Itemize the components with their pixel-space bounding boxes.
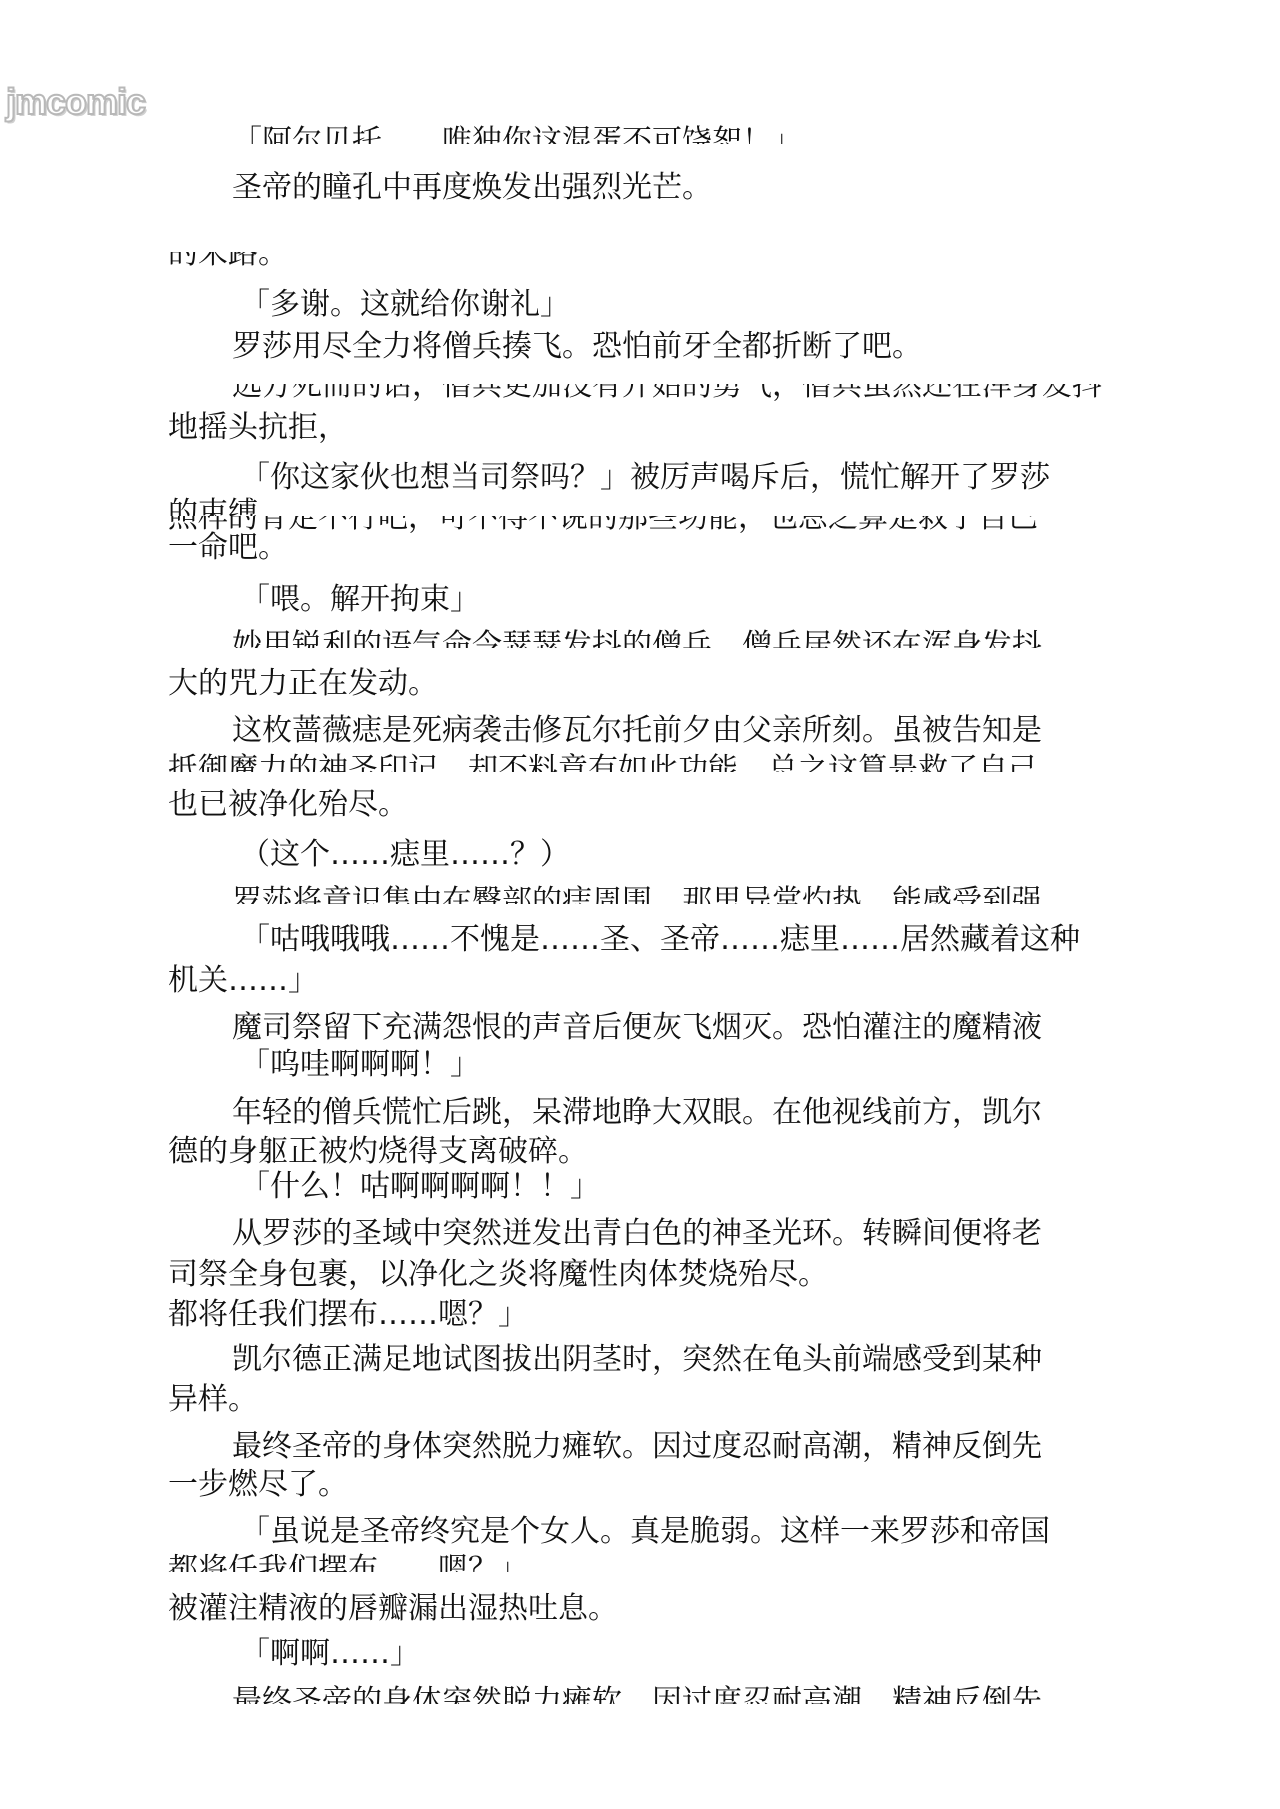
text-line: 从罗莎的圣域中突然迸发出青白色的神圣光环。转瞬间便将老 xyxy=(232,1216,1042,1252)
text-line: 凯尔德正满足地试图拔出阴茎时，突然在龟头前端感受到某种 xyxy=(232,1342,1042,1378)
text-line: 「什么！咕啊啊啊啊！！」 xyxy=(240,1169,600,1205)
line-text: 年轻的僧兵慌忙后跳，呆滞地睁大双眼。在他视线前方，凯尔 xyxy=(232,1095,1042,1130)
line-text: 大的咒力正在发动。 xyxy=(168,666,438,701)
line-text: 的末路。 xyxy=(168,252,1118,272)
line-text: （这个……痣里……？） xyxy=(240,837,570,872)
text-line: 「你这家伙也想当司祭吗？」被厉声喝斥后，慌忙解开了罗莎 xyxy=(240,460,1050,496)
clipped-text-line: 的末路。 xyxy=(168,252,1118,272)
clipped-text-line: 的束缚 xyxy=(168,496,1118,516)
text-line: 「咕哦哦哦……不愧是……圣、圣帝……痣里……居然藏着这种 xyxy=(240,922,1080,958)
text-line: 一命吧。 xyxy=(168,530,288,566)
line-text: 圣帝的瞳孔中再度焕发出强烈光芒。 xyxy=(232,170,712,205)
text-line: 都将任我们摆布……嗯？」 xyxy=(168,1297,528,1333)
line-text: 「喂。解开拘束」 xyxy=(240,582,480,617)
text-line: 魔司祭留下充满怨恨的声音后便灰飞烟灭。恐怕灌注的魔精液 xyxy=(232,1010,1042,1046)
line-text: 「啊啊……」 xyxy=(240,1636,420,1671)
text-line: （这个……痣里……？） xyxy=(240,837,570,873)
text-line: 年轻的僧兵慌忙后跳，呆滞地睁大双眼。在他视线前方，凯尔 xyxy=(232,1095,1042,1131)
line-text: 一命吧。 xyxy=(168,530,288,565)
text-line: 罗莎用尽全力将僧兵揍飞。恐怕前牙全都折断了吧。 xyxy=(232,329,922,365)
line-text: 「呜哇啊啊啊！」 xyxy=(240,1047,480,1082)
line-text: 凯尔德正满足地试图拔出阴茎时，突然在龟头前端感受到某种 xyxy=(232,1342,1042,1377)
text-line: 「呜哇啊啊啊！」 xyxy=(240,1047,480,1083)
clipped-text-line: 抵御魔力的神圣印记，却不料竟有如此功能。总之这算是救了自己 xyxy=(168,752,1118,772)
text-line: 被灌注精液的唇瓣漏出湿热吐息。 xyxy=(168,1591,618,1627)
line-text: 这枚蔷薇痣是死病袭击修瓦尔托前夕由父亲所刻。虽被告知是 xyxy=(232,713,1042,748)
text-line: 德的身躯正被灼烧得支离破碎。 xyxy=(168,1134,588,1170)
text-line: 最终圣帝的身体突然脱力瘫软。因过度忍耐高潮，精神反倒先 xyxy=(232,1429,1042,1465)
clipped-text-line: 最终圣帝的身体突然脱力瘫软。因过度忍耐高潮，精神反倒先 xyxy=(232,1684,1182,1704)
line-text: 司祭全身包裹，以净化之炎将魔性肉体焚烧殆尽。 xyxy=(168,1257,828,1292)
line-text: 地摇头抗拒， xyxy=(168,410,348,445)
clipped-text-line: 妙用锐利的语气命令瑟瑟发抖的僧兵。僧兵居然还在浑身发抖 xyxy=(232,628,1182,648)
text-line: 圣帝的瞳孔中再度焕发出强烈光芒。 xyxy=(232,170,712,206)
text-line: 司祭全身包裹，以净化之炎将魔性肉体焚烧殆尽。 xyxy=(168,1257,828,1293)
text-line: 地摇头抗拒， xyxy=(168,410,348,446)
document-page: jmcomic 「阿尔贝托……唯独你这混蛋不可饶恕！」圣帝的瞳孔中再度焕发出强烈… xyxy=(0,0,1280,1809)
line-text: 都将任我们摆布……嗯？」 xyxy=(168,1552,528,1572)
line-text: 远方死而的话，僧兵更加没有开始的勇气，僧兵虽然还在浑身发抖 xyxy=(232,384,1182,404)
text-line: 大的咒力正在发动。 xyxy=(168,666,438,702)
line-text: 罗莎用尽全力将僧兵揍飞。恐怕前牙全都折断了吧。 xyxy=(232,329,922,364)
text-line: 也已被净化殆尽。 xyxy=(168,787,408,823)
line-text: 「你这家伙也想当司祭吗？」被厉声喝斥后，慌忙解开了罗莎 xyxy=(240,460,1050,495)
line-text: 魔司祭留下充满怨恨的声音后便灰飞烟灭。恐怕灌注的魔精液 xyxy=(232,1010,1042,1045)
line-text: 也已被净化殆尽。 xyxy=(168,787,408,822)
text-line: 「喂。解开拘束」 xyxy=(240,582,480,618)
line-text: 被灌注精液的唇瓣漏出湿热吐息。 xyxy=(168,1591,618,1626)
line-text: 从罗莎的圣域中突然迸发出青白色的神圣光环。转瞬间便将老 xyxy=(232,1216,1042,1251)
text-line: 这枚蔷薇痣是死病袭击修瓦尔托前夕由父亲所刻。虽被告知是 xyxy=(232,713,1042,749)
text-line: 机关……」 xyxy=(168,963,318,999)
line-text: 机关……」 xyxy=(168,963,318,998)
clipped-text-line: 照样的肯定不行吧，可不得不说的那些功能，也总之算是救了自己 xyxy=(168,516,1118,536)
clipped-text-line: 都将任我们摆布……嗯？」 xyxy=(168,1552,1118,1572)
line-text: 「咕哦哦哦……不愧是……圣、圣帝……痣里……居然藏着这种 xyxy=(240,922,1080,957)
line-text: 「什么！咕啊啊啊啊！！」 xyxy=(240,1169,600,1204)
line-text: 「阿尔贝托……唯独你这混蛋不可饶恕！」 xyxy=(232,124,802,144)
line-text: 最终圣帝的身体突然脱力瘫软。因过度忍耐高潮，精神反倒先 xyxy=(232,1684,1042,1704)
watermark-logo: jmcomic xyxy=(6,82,145,122)
text-line: 「多谢。这就给你谢礼」 xyxy=(240,287,570,323)
text-line: 「虽说是圣帝终究是个女人。真是脆弱。这样一来罗莎和帝国 xyxy=(240,1514,1050,1550)
line-text: 都将任我们摆布……嗯？」 xyxy=(168,1297,528,1332)
clipped-text-line: 罗莎将意识集中在臀部的痣周围，那里异常灼热，能感受到强 xyxy=(232,884,1182,904)
line-text: 最终圣帝的身体突然脱力瘫软。因过度忍耐高潮，精神反倒先 xyxy=(232,1429,1042,1464)
line-text: 德的身躯正被灼烧得支离破碎。 xyxy=(168,1134,588,1169)
line-text: 罗莎将意识集中在臀部的痣周围，那里异常灼热，能感受到强 xyxy=(232,884,1042,904)
line-text: 异样。 xyxy=(168,1382,258,1417)
line-text: 一步燃尽了。 xyxy=(168,1467,348,1502)
line-text: 的束缚 xyxy=(168,496,258,516)
text-line: 异样。 xyxy=(168,1382,258,1418)
line-text: 「虽说是圣帝终究是个女人。真是脆弱。这样一来罗莎和帝国 xyxy=(240,1514,1050,1549)
text-line: 一步燃尽了。 xyxy=(168,1467,348,1503)
line-text: 妙用锐利的语气命令瑟瑟发抖的僧兵。僧兵居然还在浑身发抖 xyxy=(232,628,1042,648)
clipped-text-line: 远方死而的话，僧兵更加没有开始的勇气，僧兵虽然还在浑身发抖 xyxy=(232,384,1182,404)
line-text: 照样的肯定不行吧，可不得不说的那些功能，也总之算是救了自己 xyxy=(168,516,1118,536)
line-text: 抵御魔力的神圣印记，却不料竟有如此功能。总之这算是救了自己 xyxy=(168,752,1038,772)
line-text: 「多谢。这就给你谢礼」 xyxy=(240,287,570,322)
text-line: 「啊啊……」 xyxy=(240,1636,420,1672)
clipped-text-line: 「阿尔贝托……唯独你这混蛋不可饶恕！」 xyxy=(232,124,1182,144)
